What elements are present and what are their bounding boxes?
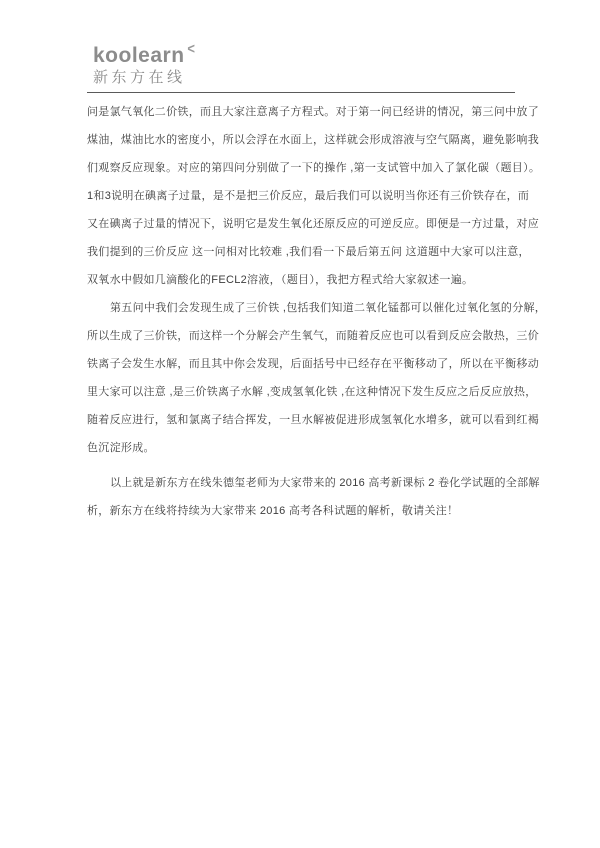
- paragraph-3: 以上就是新东方在线朱德玺老师为大家带来的 2016 高考新课标 2 卷化学试题的…: [87, 469, 527, 525]
- logo-wordmark: koolearn <: [93, 44, 186, 68]
- text-line: 第五问中我们会发现生成了三价铁 ,包括我们知道二氧化锰都可以催化过氧化氢的分解，: [87, 294, 527, 322]
- header-divider: [87, 92, 515, 93]
- paragraph-2: 第五问中我们会发现生成了三价铁 ,包括我们知道二氧化锰都可以催化过氧化氢的分解，…: [87, 294, 527, 462]
- text-line: 问是氯气氧化二价铁，而且大家注意离子方程式。对于第一问已经讲的情况，第三问中放了: [87, 98, 527, 126]
- logo-text: koolearn: [93, 44, 185, 67]
- text-line: 所以生成了三价铁，而这样一个分解会产生氧气，而随着反应也可以看到反应会散热，三价: [87, 322, 527, 350]
- paragraph-1: 问是氯气氧化二价铁，而且大家注意离子方程式。对于第一问已经讲的情况，第三问中放了…: [87, 98, 527, 294]
- text-line: 又在碘离子过量的情况下，说明它是发生氧化还原反应的可逆反应。即便是一方过量，对应: [87, 210, 527, 238]
- text-line: 随着反应进行，氢和氯离子结合挥发，一旦水解被促进形成氢氧化水增多，就可以看到红褐: [87, 406, 527, 434]
- text-line: 1和3说明在碘离子过量，是不是把三价反应，最后我们可以说明当你还有三价铁存在，而: [87, 182, 527, 210]
- text-line: 铁离子会发生水解，而且其中你会发现，后面括号中已经存在平衡移动了，所以在平衡移动: [87, 350, 527, 378]
- text-line: 析，新东方在线将持续为大家带来 2016 高考各科试题的解析，敬请关注！: [87, 497, 527, 525]
- text-line: 煤油，煤油比水的密度小，所以会浮在水面上，这样就会形成溶液与空气隔离，避免影响我: [87, 126, 527, 154]
- koolearn-logo: koolearn < 新东方在线: [93, 44, 186, 87]
- logo-chevron-icon: <: [187, 36, 195, 62]
- text-line: 们观察反应现象。对应的第四问分别做了一下的操作 ,第一支试管中加入了氯化碳（题目…: [87, 154, 527, 182]
- article-body: 问是氯气氧化二价铁，而且大家注意离子方程式。对于第一问已经讲的情况，第三问中放了…: [87, 98, 527, 525]
- text-line: 里大家可以注意 ,是三价铁离子水解 ,变成氢氧化铁 ,在这种情况下发生反应之后反…: [87, 378, 527, 406]
- logo-subtext: 新东方在线: [93, 69, 186, 87]
- document-page: koolearn < 新东方在线 问是氯气氧化二价铁，而且大家注意离子方程式。对…: [0, 0, 600, 848]
- text-line: 以上就是新东方在线朱德玺老师为大家带来的 2016 高考新课标 2 卷化学试题的…: [87, 469, 527, 497]
- text-line: 双氧水中假如几滴酸化的FECL2溶液，（题目），我把方程式给大家叙述一遍。: [87, 266, 527, 294]
- text-line: 我们提到的三价反应 这一问相对比较难 ,我们看一下最后第五问 这道题中大家可以注…: [87, 238, 527, 266]
- text-line: 色沉淀形成。: [87, 434, 527, 462]
